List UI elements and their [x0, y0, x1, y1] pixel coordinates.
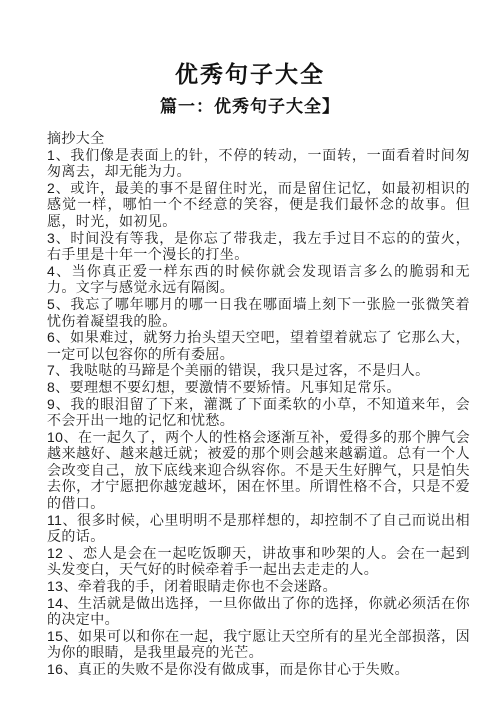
sentence-paragraph-3: 3、时间没有等我，是你忘了带我走，我左手过目不忘的的萤火，右手里是十年一个漫长的…	[47, 230, 470, 263]
sentence-paragraph-6: 6、如果难过，就努力抬头望天空吧，望着望着就忘了 它那么大，一定可以包容你的所有…	[47, 329, 470, 362]
sentence-paragraph-16: 16、真正的失败不是你没有做成事，而是你甘心于失败。	[47, 661, 470, 678]
sentence-paragraph-10: 10、在一起久了，两个人的性格会逐渐互补，爱得多的那个脾气会越来越好、越来越迁就…	[47, 429, 470, 512]
page-title: 优秀句子大全	[47, 56, 453, 89]
page-subtitle: 篇一：优秀句子大全】	[47, 92, 453, 117]
sentence-paragraph-4: 4、当你真正爱一样东西的时候你就会发现语言多么的脆弱和无力。文字与感觉永远有隔阂…	[47, 263, 470, 296]
sentence-paragraph-15: 15、如果可以和你在一起，我宁愿让天空所有的星光全部损落，因为你的眼睛，是我里最…	[47, 628, 470, 661]
sentence-paragraph-13: 13、牵着我的手，闭着眼睛走你也不会迷路。	[47, 578, 470, 595]
sentence-paragraph-8: 8、要理想不要幻想，要激情不要矫情。凡事知足常乐。	[47, 379, 470, 396]
document-page: 优秀句子大全 篇一：优秀句子大全】 摘抄大全 1、我们像是表面上的针，不停的转动…	[0, 0, 500, 708]
sentence-paragraph-1: 1、我们像是表面上的针，不停的转动，一面转，一面看着时间匆匆离去，却无能为力。	[47, 147, 470, 180]
document-body: 摘抄大全 1、我们像是表面上的针，不停的转动，一面转，一面看着时间匆匆离去，却无…	[47, 130, 470, 678]
sentence-paragraph-14: 14、生活就是做出选择，一旦你做出了你的选择，你就必须活在你的决定中。	[47, 595, 470, 628]
sentence-paragraph-11: 11、很多时候，心里明明不是那样想的，却控制不了自己而说出相反的话。	[47, 512, 470, 545]
sentence-paragraph-2: 2、或许，最美的事不是留住时光，而是留住记忆，如最初相识的感觉一样，哪怕一个不经…	[47, 180, 470, 230]
sentence-paragraph-12: 12 、恋人是会在一起吃饭聊天，讲故事和吵架的人。会在一起到头发变白，天气好的时…	[47, 545, 470, 578]
sentence-paragraph-7: 7、我哒哒的马蹄是个美丽的错误，我只是过客，不是归人。	[47, 362, 470, 379]
sentence-paragraph-5: 5、我忘了哪年哪月的哪一日我在哪面墙上刻下一张脸一张微笑着忧伤着凝望我的脸。	[47, 296, 470, 329]
section-heading: 摘抄大全	[47, 130, 470, 147]
sentence-paragraph-9: 9、我的眼泪留了下来，灌溉了下面柔软的小草，不知道来年，会不会开出一地的记忆和忧…	[47, 396, 470, 429]
